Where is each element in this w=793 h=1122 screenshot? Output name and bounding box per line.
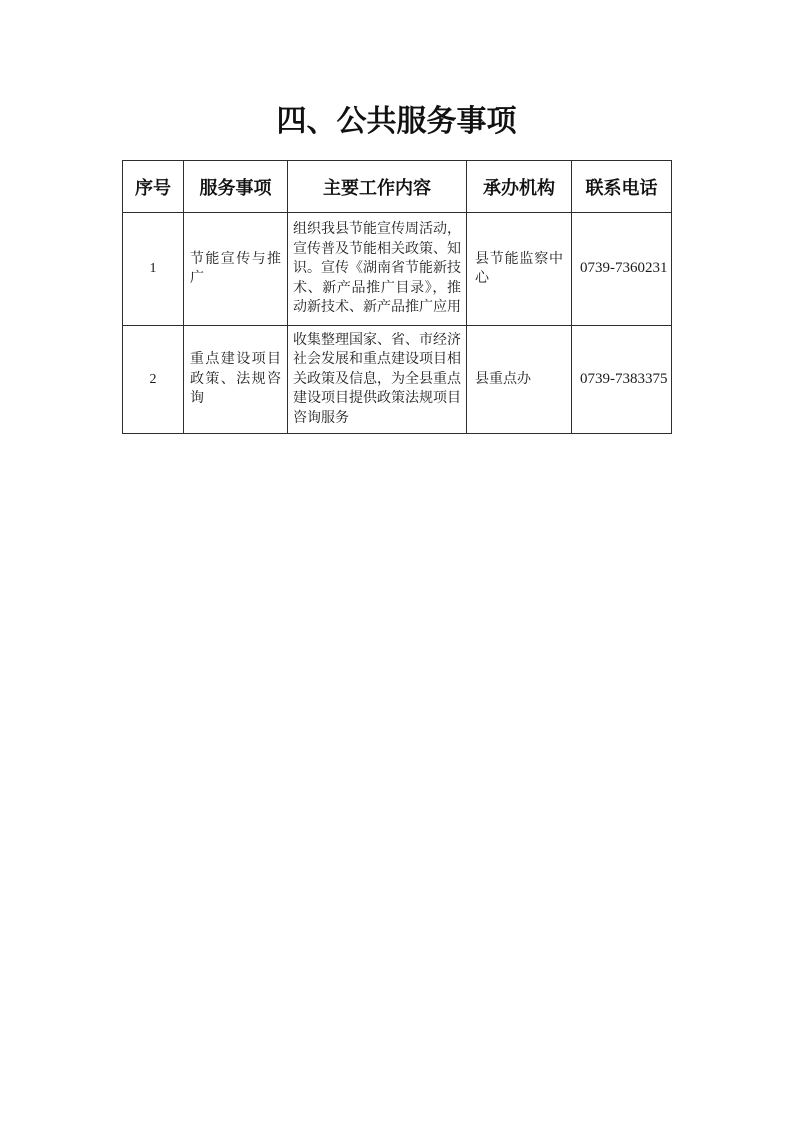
header-cell-agency: 承办机构 (467, 161, 572, 213)
work-content-cell: 收集整理国家、省、市经济社会发展和重点建设项目相关政策及信息，为全县重点建设项目… (288, 326, 467, 434)
serial-number-cell: 1 (123, 213, 184, 326)
header-cell-service-item: 服务事项 (184, 161, 288, 213)
public-service-table: 序号 服务事项 主要工作内容 承办机构 联系电话 1 节能宣传与推广 组织我县节… (122, 160, 672, 434)
table-row: 1 节能宣传与推广 组织我县节能宣传周活动，宣传普及节能相关政策、知识。宣传《湖… (123, 213, 672, 326)
page-title: 四、公共服务事项 (0, 102, 793, 142)
header-cell-serial-number: 序号 (123, 161, 184, 213)
document-page: 四、公共服务事项 序号 服务事项 主要工作内容 承办机构 联系电话 1 节能宣传… (0, 0, 793, 1122)
work-content-cell: 组织我县节能宣传周活动，宣传普及节能相关政策、知识。宣传《湖南省节能新技术、新产… (288, 213, 467, 326)
agency-cell: 县重点办 (467, 326, 572, 434)
service-item-cell: 重点建设项目政策、法规咨询 (184, 326, 288, 434)
agency-cell: 县节能监察中心 (467, 213, 572, 326)
serial-number-cell: 2 (123, 326, 184, 434)
phone-cell: 0739-7360231 (572, 213, 672, 326)
header-cell-phone: 联系电话 (572, 161, 672, 213)
service-item-cell: 节能宣传与推广 (184, 213, 288, 326)
table-row: 2 重点建设项目政策、法规咨询 收集整理国家、省、市经济社会发展和重点建设项目相… (123, 326, 672, 434)
header-cell-work-content: 主要工作内容 (288, 161, 467, 213)
table-header-row: 序号 服务事项 主要工作内容 承办机构 联系电话 (123, 161, 672, 213)
phone-cell: 0739-7383375 (572, 326, 672, 434)
